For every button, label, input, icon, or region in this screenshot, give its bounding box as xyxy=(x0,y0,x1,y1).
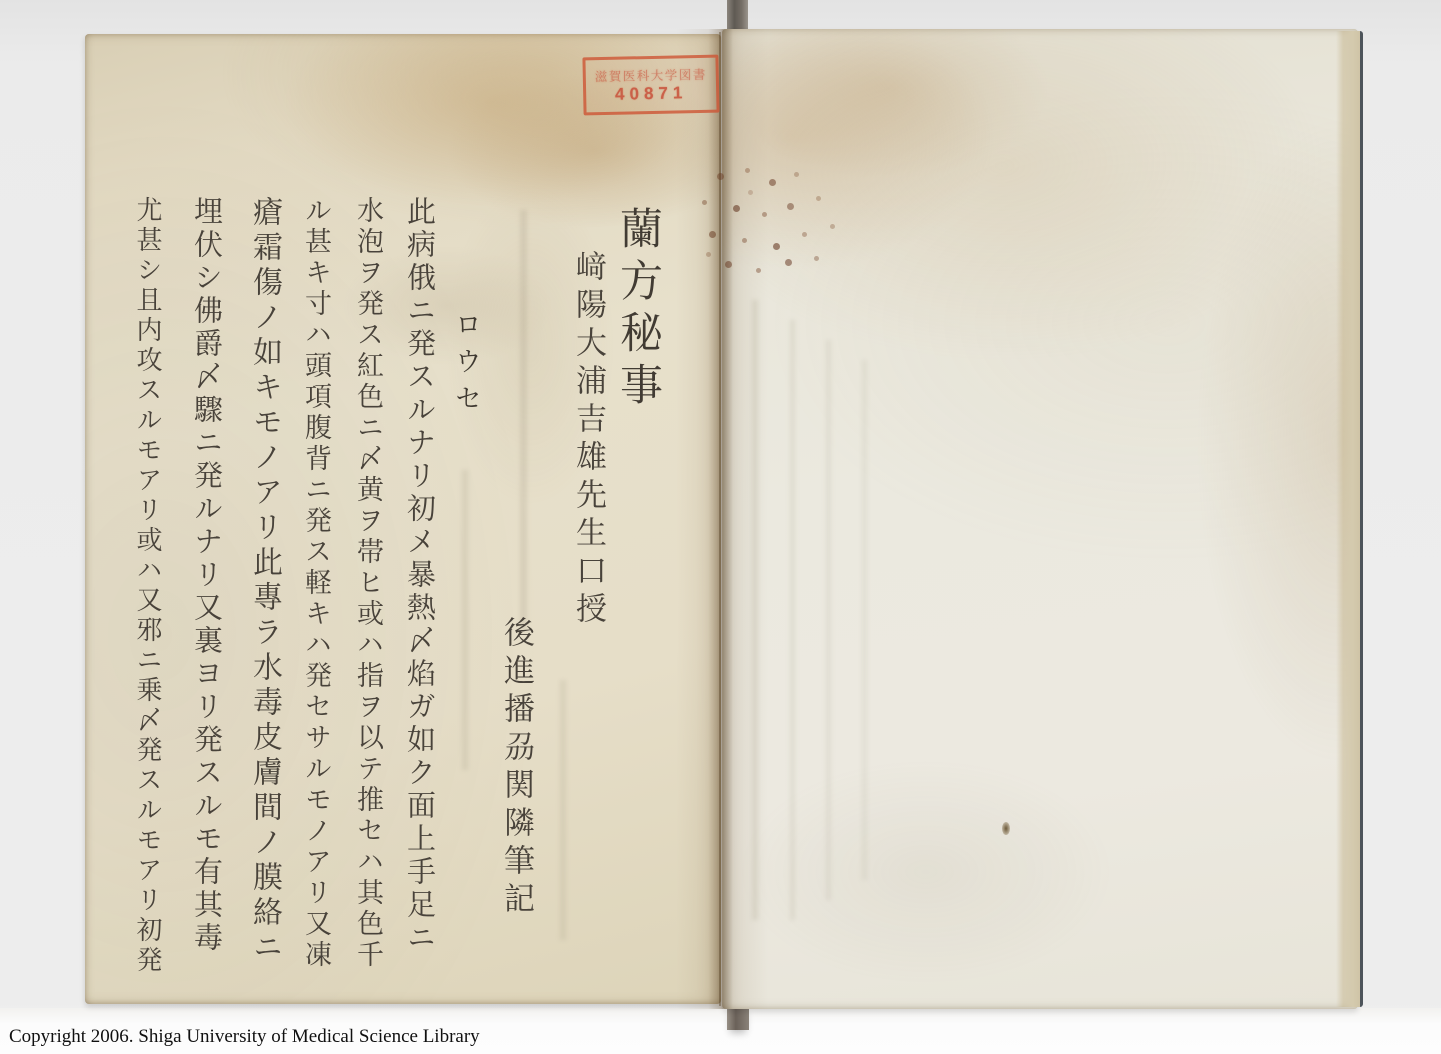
stamp-number: 40871 xyxy=(615,83,688,105)
stamp-institution: 滋賀医科大学図書 xyxy=(595,65,707,85)
photo-of-manuscript: 滋賀医科大学図書 40871 蘭方秘事 﨑陽大浦吉雄先生口授 後進播刕関隣筆記 … xyxy=(0,0,1441,1054)
manuscript-page-right xyxy=(722,29,1358,1009)
stain-overlay-right xyxy=(722,29,1358,1009)
copyright-notice: Copyright 2006. Shiga University of Medi… xyxy=(9,1026,480,1048)
library-stamp: 滋賀医科大学図書 40871 xyxy=(582,55,719,116)
stain-overlay-left xyxy=(85,34,721,1004)
manuscript-page-left xyxy=(85,34,721,1004)
